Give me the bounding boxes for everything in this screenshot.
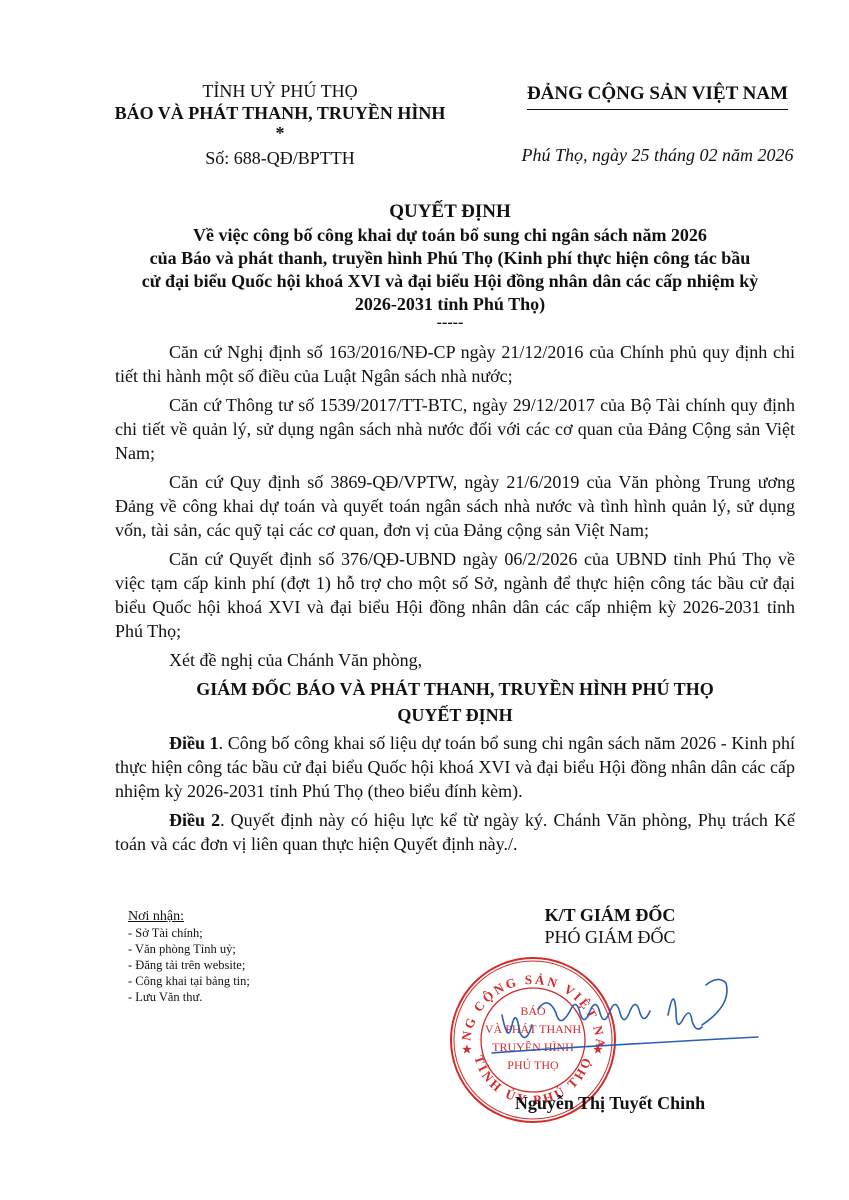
document-type: QUYẾT ĐỊNH bbox=[110, 200, 790, 224]
recipient-item: - Lưu Văn thư. bbox=[128, 989, 368, 1005]
proposal-basis: Xét đề nghị của Chánh Văn phòng, bbox=[115, 648, 795, 672]
decides-heading: QUYẾT ĐỊNH bbox=[115, 703, 795, 727]
signer-name: Nguyễn Thị Tuyết Chinh bbox=[470, 1093, 750, 1114]
recipient-item: - Công khai tại bảng tin; bbox=[128, 973, 368, 989]
subject-line: cử đại biểu Quốc hội khoá XVI và đại biể… bbox=[110, 270, 790, 293]
recipients-block: Nơi nhận: - Sở Tài chính; - Văn phòng Tỉ… bbox=[128, 908, 368, 1005]
recipient-item: - Sở Tài chính; bbox=[128, 925, 368, 941]
signer-role: PHÓ GIÁM ĐỐC bbox=[480, 926, 740, 948]
signature-block: K/T GIÁM ĐỐC PHÓ GIÁM ĐỐC bbox=[480, 904, 740, 948]
document-title-block: QUYẾT ĐỊNH Về việc công bố công khai dự … bbox=[110, 200, 790, 330]
document-body: Căn cứ Nghị định số 163/2016/NĐ-CP ngày … bbox=[115, 340, 795, 861]
recipient-item: - Đăng tải trên website; bbox=[128, 957, 368, 973]
article-label: Điều 2 bbox=[169, 810, 220, 830]
recipients-label: Nơi nhận: bbox=[128, 908, 368, 925]
svg-text:★: ★ bbox=[462, 1044, 472, 1056]
on-behalf-of: K/T GIÁM ĐỐC bbox=[480, 904, 740, 926]
article-label: Điều 1 bbox=[169, 733, 219, 753]
legal-basis: Căn cứ Thông tư số 1539/2017/TT-BTC, ngà… bbox=[115, 393, 795, 465]
subject-line: của Báo và phát thanh, truyền hình Phú T… bbox=[110, 247, 790, 270]
legal-basis: Căn cứ Nghị định số 163/2016/NĐ-CP ngày … bbox=[115, 340, 795, 388]
document-number: Số: 688-QĐ/BPTTH bbox=[100, 146, 460, 170]
party-motto: ĐẢNG CỘNG SẢN VIỆT NAM bbox=[527, 80, 788, 110]
article-2: Điều 2. Quyết định này có hiệu lực kể từ… bbox=[115, 808, 795, 856]
legal-basis: Căn cứ Quyết định số 376/QĐ-UBND ngày 06… bbox=[115, 547, 795, 643]
issuing-agency: BÁO VÀ PHÁT THANH, TRUYỀN HÌNH bbox=[100, 102, 460, 124]
handwritten-signature-icon bbox=[490, 975, 760, 1075]
title-separator: ----- bbox=[110, 316, 790, 330]
recipient-item: - Văn phòng Tỉnh uỷ; bbox=[128, 941, 368, 957]
subject-line: Về việc công bố công khai dự toán bổ sun… bbox=[110, 224, 790, 247]
legal-basis: Căn cứ Quy định số 3869-QĐ/VPTW, ngày 21… bbox=[115, 470, 795, 542]
star-separator: * bbox=[100, 124, 460, 142]
article-1: Điều 1. Công bố công khai số liệu dự toá… bbox=[115, 731, 795, 803]
parent-organization: TỈNH UỶ PHÚ THỌ bbox=[100, 80, 460, 102]
authority-heading: GIÁM ĐỐC BÁO VÀ PHÁT THANH, TRUYỀN HÌNH … bbox=[115, 677, 795, 701]
subject-line: 2026-2031 tỉnh Phú Thọ) bbox=[110, 293, 790, 316]
national-motto-block: ĐẢNG CỘNG SẢN VIỆT NAM Phú Thọ, ngày 25 … bbox=[495, 80, 820, 167]
issuing-agency-block: TỈNH UỶ PHÚ THỌ BÁO VÀ PHÁT THANH, TRUYỀ… bbox=[100, 80, 460, 170]
issue-date: Phú Thọ, ngày 25 tháng 02 năm 2026 bbox=[495, 143, 820, 167]
